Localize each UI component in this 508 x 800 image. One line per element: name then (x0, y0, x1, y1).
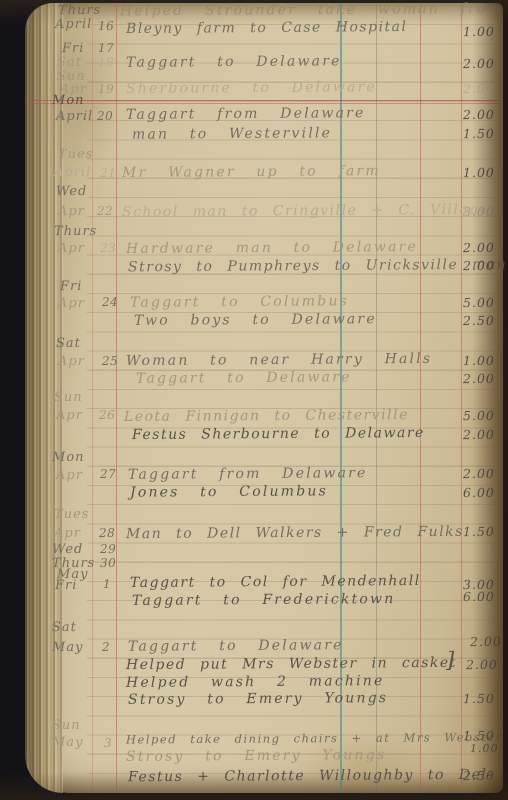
date-column-rule-right (116, 4, 117, 793)
entry-text: Bleyny farm to Case Hospital (126, 19, 408, 37)
date-number: 2 (102, 640, 110, 654)
entry-text: Helped take dining chairs + at Mrs Webst… (126, 729, 508, 746)
entry-text: Two boys to Delaware (134, 311, 377, 329)
entry-amount: 3.00 (463, 204, 495, 219)
entry-amount: 6.00 (463, 589, 495, 604)
entry-text: Taggart to Columbus (130, 293, 349, 311)
entry-text: man to Westerville (132, 125, 332, 142)
entry-text: School man to Cringville + C. Village (122, 202, 490, 221)
date-number: 19 (98, 82, 114, 96)
entry-text: Helped Strounder take woman from (120, 1, 503, 20)
entry-amount: 2.00 (470, 634, 502, 649)
entry-amount: 2.00 (463, 371, 495, 386)
date-number: 27 (100, 467, 116, 481)
entry-amount: 1.00 (463, 353, 495, 368)
entry-text: Jones to Columbus (130, 483, 328, 500)
day-label: Thurs (54, 224, 97, 239)
entry-text: Strosy to Emery Youngs (126, 747, 386, 765)
date-number: 25 (102, 354, 118, 368)
entry-amount: 5.00 (463, 295, 495, 310)
entry-amount: 2.50 (463, 768, 495, 783)
day-label: April (56, 109, 93, 124)
entry-amount: 2.00 (463, 107, 495, 122)
date-number: 26 (99, 408, 115, 422)
day-label: Apr (58, 204, 85, 219)
entry-amount: 1.50 (463, 691, 495, 706)
casket-entry-brace: ] (446, 648, 454, 672)
entry-amount: 2.50 (463, 313, 495, 328)
date-number: 24 (102, 295, 118, 309)
day-label: May (52, 735, 84, 750)
entry-text: Leota Finnigan to Chesterville (124, 407, 409, 425)
day-label: Tues (58, 147, 94, 162)
entry-amount: 2.00 (466, 657, 498, 672)
day-label: Mon (52, 93, 85, 108)
day-label: Apr (56, 408, 83, 423)
entry-amount: 5.00 (463, 408, 495, 423)
date-number: 16 (98, 19, 114, 33)
amount-column-rule-left (420, 4, 421, 793)
entry-text: Taggart from Delaware (128, 465, 368, 483)
day-label: Apr (58, 241, 85, 256)
day-label: Mon (52, 450, 85, 465)
day-label: Fri (60, 279, 83, 294)
entry-text: Taggart to Fredericktown (132, 591, 396, 609)
entry-amount: 6.00 (463, 485, 495, 500)
entry-text: Mr Wagner up to farm (122, 163, 381, 181)
day-label: Sat (57, 55, 82, 70)
day-label: Tues (54, 507, 90, 522)
entry-amount: 1.50 (463, 728, 495, 743)
entry-text: Taggart to Delaware (136, 369, 352, 387)
red-header-line (30, 100, 500, 101)
day-label: Sun (52, 718, 81, 733)
entry-text: Helped wash 2 machine (126, 673, 385, 691)
date-number: 28 (99, 526, 115, 540)
entry-text: Taggart to Delaware (128, 637, 344, 655)
day-label: Apr (58, 296, 85, 311)
entry-text: Woman to near Harry Halls (126, 351, 432, 369)
entry-text: Taggart to Col for Mendenhall (130, 573, 421, 591)
amount-column-rule-right (461, 4, 462, 793)
day-label: Sun (54, 390, 83, 405)
red-header-line (30, 103, 500, 104)
entry-text: Strosy to Pumphreys to Uricksville man (128, 257, 507, 276)
day-label: Fri (62, 41, 85, 56)
day-label: Apr (56, 468, 83, 483)
entry-amount: 2.00 (463, 56, 495, 71)
date-number: 21 (100, 166, 116, 180)
entry-text: Man to Dell Walkers + Fred Fulks (126, 524, 464, 542)
date-number: 3 (104, 736, 112, 750)
ledger-photo: ThursAprilFriSatSunAprMonAprilTuesAprilW… (0, 0, 508, 800)
day-label: Apr (54, 526, 81, 541)
entry-text: Hardware man to Delaware (126, 239, 418, 257)
entry-text: Taggart from Delaware (126, 105, 366, 123)
entry-amount: 1.00 (463, 165, 495, 180)
day-label: Apr (58, 354, 85, 369)
day-label: Wed (52, 542, 83, 557)
day-label: Wed (56, 184, 87, 199)
day-label: Fri (55, 578, 78, 593)
entry-text: Festus + Charlotte Willoughby to Del- (128, 767, 494, 786)
entry-text: Helped put Mrs Webster in casket (126, 655, 457, 673)
entry-text: Strosy to Emery Youngs (128, 690, 388, 708)
entry-text: Festus Sherbourne to Delaware (132, 425, 425, 443)
day-label: April (54, 165, 91, 180)
date-number: 30 (100, 556, 116, 570)
entry-amount: 1.50 (463, 126, 495, 141)
date-number: 1 (103, 577, 111, 591)
entry-amount: 2.00 (463, 240, 495, 255)
day-label: Sat (52, 620, 77, 635)
entry-amount: 2.00 (463, 81, 495, 96)
entry-text: Sherbourne to Delaware (126, 79, 377, 97)
day-label: May (52, 640, 84, 655)
date-number: 22 (97, 204, 113, 218)
date-number: 23 (100, 241, 116, 255)
entry-amount: 1.50 (463, 524, 495, 539)
entry-text: Taggart to Delaware (126, 53, 342, 71)
date-number: 18 (98, 55, 114, 69)
entry-amount: 1.00 (463, 24, 495, 39)
date-number: 29 (100, 542, 116, 556)
entry-amount: 2.00 (463, 427, 495, 442)
day-label: April (55, 17, 92, 32)
entry-amount: 2.00 (463, 258, 495, 273)
entry-amount: 2.00 (463, 466, 495, 481)
date-number: 17 (98, 41, 114, 55)
entry-amount: 1.00 (470, 742, 499, 755)
day-label: Sat (56, 336, 81, 351)
day-label: Thurs (58, 3, 101, 18)
date-number: 20 (97, 109, 113, 123)
